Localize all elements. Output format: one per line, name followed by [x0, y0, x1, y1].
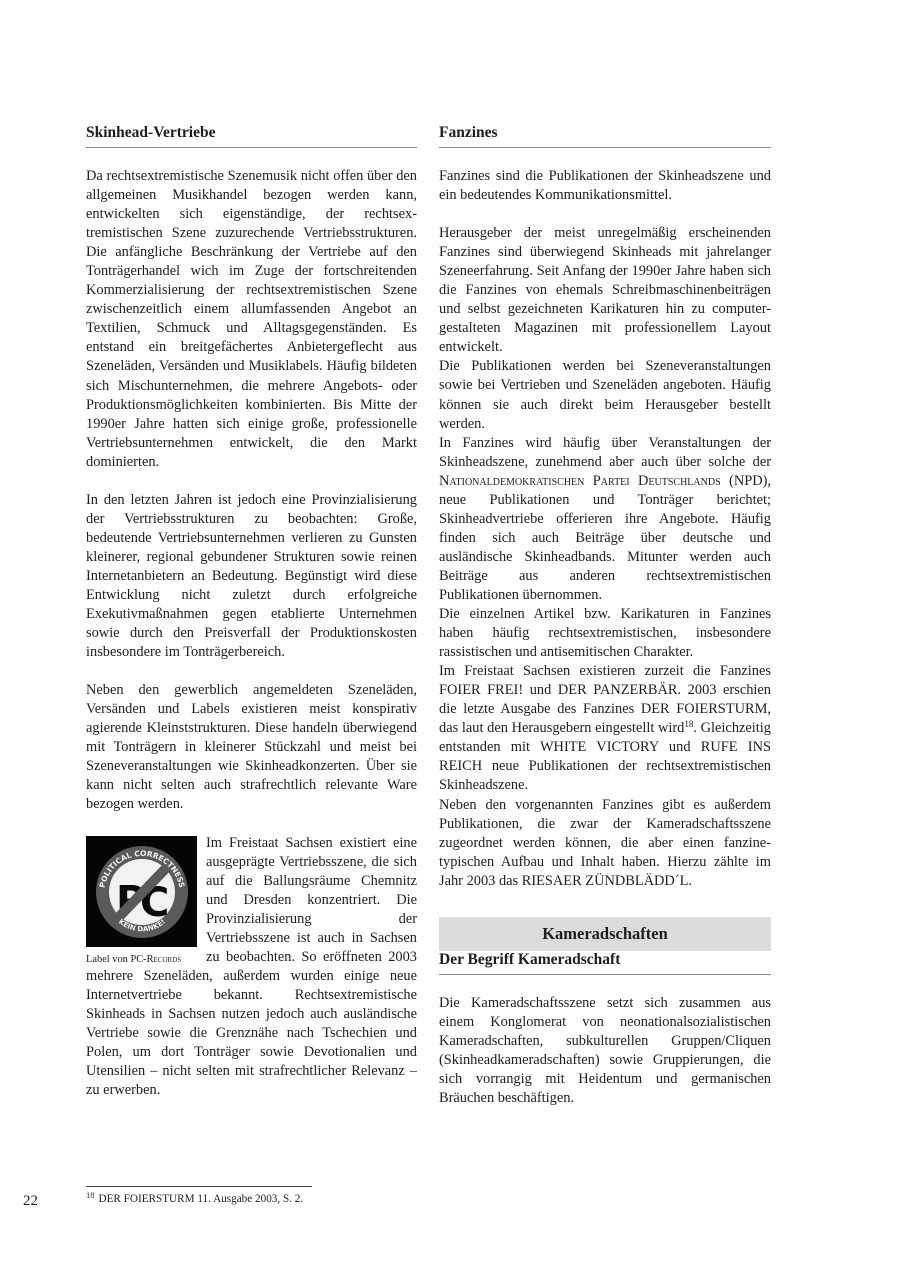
paragraph: In Fanzines wird häufig über Veranstaltu…: [439, 434, 771, 605]
section-heading-begriff-kameradschaft: Der Begriff Kameradschaft: [439, 951, 771, 975]
footnote-number: 18: [86, 1190, 95, 1200]
paragraph: In den letzten Jahren ist jedoch eine Pr…: [86, 491, 417, 662]
footnote-divider: [86, 1186, 312, 1187]
paragraph: Neben den vorgenannten Fanzines gibt es …: [439, 796, 771, 891]
paragraph: Die Kameradschaftsszene setzt sich zusam…: [439, 994, 771, 1108]
footnote-text: DER FOIERSTURM 11. Ausgabe 2003, S. 2.: [99, 1193, 304, 1205]
figure-paragraph-block: P C POLITICAL CORRECTNESS KEIN DANKE! La…: [86, 834, 417, 1101]
page-number: 22: [23, 1193, 38, 1210]
label-name: PC-Records: [130, 954, 181, 965]
section-heading-fanzines: Fanzines: [439, 124, 771, 148]
right-column: Fanzines Fanzines sind die Publikationen…: [439, 124, 771, 1108]
section-heading-skinhead-vertriebe: Skinhead-Vertriebe: [86, 124, 417, 148]
figure-caption: Label von PC-Records: [86, 954, 202, 966]
paragraph: Die einzelnen Artikel bzw. Karikaturen i…: [439, 605, 771, 662]
paragraph: Da rechtsextremistische Szenemusik nicht…: [86, 167, 417, 472]
left-column: Skinhead-Vertriebe Da rechtsextremistisc…: [86, 124, 417, 1100]
party-name: Nationaldemokratischen Partei Deutsch­la…: [439, 473, 721, 489]
figure: P C POLITICAL CORRECTNESS KEIN DANKE! La…: [86, 836, 202, 966]
pc-records-logo-image: P C POLITICAL CORRECTNESS KEIN DANKE!: [86, 836, 197, 947]
paragraph: Herausgeber der meist unregelmäßig ersch…: [439, 224, 771, 357]
paragraph: Im Freistaat Sachsen existieren zurzeit …: [439, 662, 771, 795]
paragraph: Die Publikationen werden bei Szeneverans…: [439, 357, 771, 433]
paragraph: Neben den gewerblich angemeldeten Szenel…: [86, 681, 417, 814]
paragraph: Fanzines sind die Publikationen der Skin…: [439, 167, 771, 205]
chapter-banner-kameradschaften: Kameradschaften: [439, 917, 771, 951]
footnote: 18DER FOIERSTURM 11. Ausgabe 2003, S. 2.: [86, 1192, 303, 1206]
no-pc-logo-icon: P C POLITICAL CORRECTNESS KEIN DANKE!: [86, 836, 197, 947]
